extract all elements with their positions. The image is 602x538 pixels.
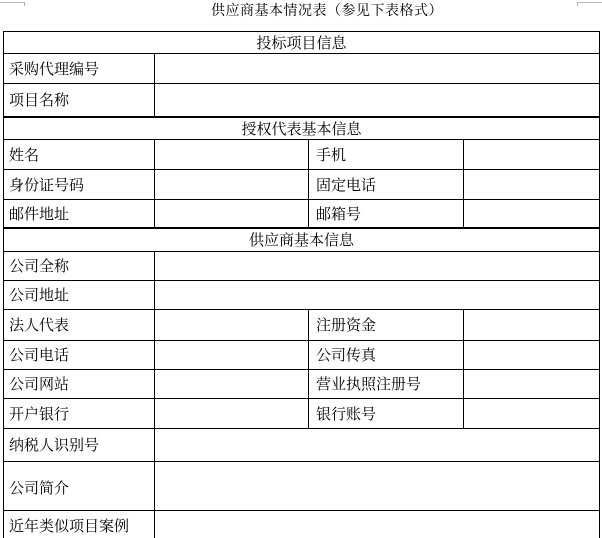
table-row: 公司网站 营业执照注册号: [4, 369, 600, 398]
field-label-landline: 固定电话: [309, 169, 464, 199]
section-header-bid-project-info: 投标项目信息: [4, 32, 600, 54]
table-row: 姓名 手机: [4, 139, 600, 169]
field-value-company-full-name[interactable]: [155, 251, 600, 280]
field-value-mail-address[interactable]: [155, 199, 309, 228]
table-row: 法人代表 注册资金: [4, 309, 600, 340]
field-value-registered-capital[interactable]: [464, 309, 600, 340]
table-row: 近年类似项目案例: [4, 510, 600, 538]
field-value-id-number[interactable]: [155, 169, 309, 199]
field-label-id-number: 身份证号码: [4, 169, 155, 199]
field-value-company-fax[interactable]: [464, 340, 600, 369]
section-header-authorized-rep-info: 授权代表基本信息: [4, 117, 600, 140]
field-label-business-license-number: 营业执照注册号: [309, 369, 464, 398]
supplier-info-form-table: 投标项目信息 采购代理编号 项目名称 授权代表基本信息 姓名 手机 身份证号码 …: [3, 31, 600, 538]
field-value-similar-project-cases[interactable]: [155, 510, 600, 538]
field-label-bank-account: 银行账号: [309, 398, 464, 428]
field-value-mobile[interactable]: [464, 139, 600, 169]
field-value-company-website[interactable]: [155, 369, 309, 398]
field-value-project-name[interactable]: [155, 84, 600, 117]
field-value-company-phone[interactable]: [155, 340, 309, 369]
field-label-name: 姓名: [4, 139, 155, 169]
page-title: 供应商基本情况表（参见下表格式）: [0, 3, 602, 20]
field-label-mobile: 手机: [309, 139, 464, 169]
section-header-supplier-info: 供应商基本信息: [4, 228, 600, 251]
table-row: 邮件地址 邮箱号: [4, 199, 600, 228]
field-value-agency-number[interactable]: [155, 54, 600, 84]
table-row: 公司地址: [4, 280, 600, 309]
table-row: 项目名称: [4, 84, 600, 117]
field-label-company-fax: 公司传真: [309, 340, 464, 369]
field-label-taxpayer-id: 纳税人识别号: [4, 428, 155, 461]
field-label-similar-project-cases: 近年类似项目案例: [4, 510, 155, 538]
field-value-company-address[interactable]: [155, 280, 600, 309]
field-label-company-website: 公司网站: [4, 369, 155, 398]
field-label-opening-bank: 开户银行: [4, 398, 155, 428]
field-label-email-account: 邮箱号: [309, 199, 464, 228]
table-row: 身份证号码 固定电话: [4, 169, 600, 199]
field-label-registered-capital: 注册资金: [309, 309, 464, 340]
field-value-legal-rep[interactable]: [155, 309, 309, 340]
table-row: 开户银行 银行账号: [4, 398, 600, 428]
field-value-bank-account[interactable]: [464, 398, 600, 428]
field-value-business-license-number[interactable]: [464, 369, 600, 398]
table-row: 公司全称: [4, 251, 600, 280]
field-label-legal-rep: 法人代表: [4, 309, 155, 340]
table-row: 公司简介: [4, 461, 600, 510]
field-value-email-account[interactable]: [464, 199, 600, 228]
field-label-company-profile: 公司简介: [4, 461, 155, 510]
field-value-opening-bank[interactable]: [155, 398, 309, 428]
table-row: 采购代理编号: [4, 54, 600, 84]
field-label-agency-number: 采购代理编号: [4, 54, 155, 84]
field-value-company-profile[interactable]: [155, 461, 600, 510]
field-label-mail-address: 邮件地址: [4, 199, 155, 228]
field-label-company-address: 公司地址: [4, 280, 155, 309]
field-label-project-name: 项目名称: [4, 84, 155, 117]
field-label-company-full-name: 公司全称: [4, 251, 155, 280]
field-label-company-phone: 公司电话: [4, 340, 155, 369]
field-value-name[interactable]: [155, 139, 309, 169]
field-value-landline[interactable]: [464, 169, 600, 199]
field-value-taxpayer-id[interactable]: [155, 428, 600, 461]
table-row: 公司电话 公司传真: [4, 340, 600, 369]
table-row: 纳税人识别号: [4, 428, 600, 461]
